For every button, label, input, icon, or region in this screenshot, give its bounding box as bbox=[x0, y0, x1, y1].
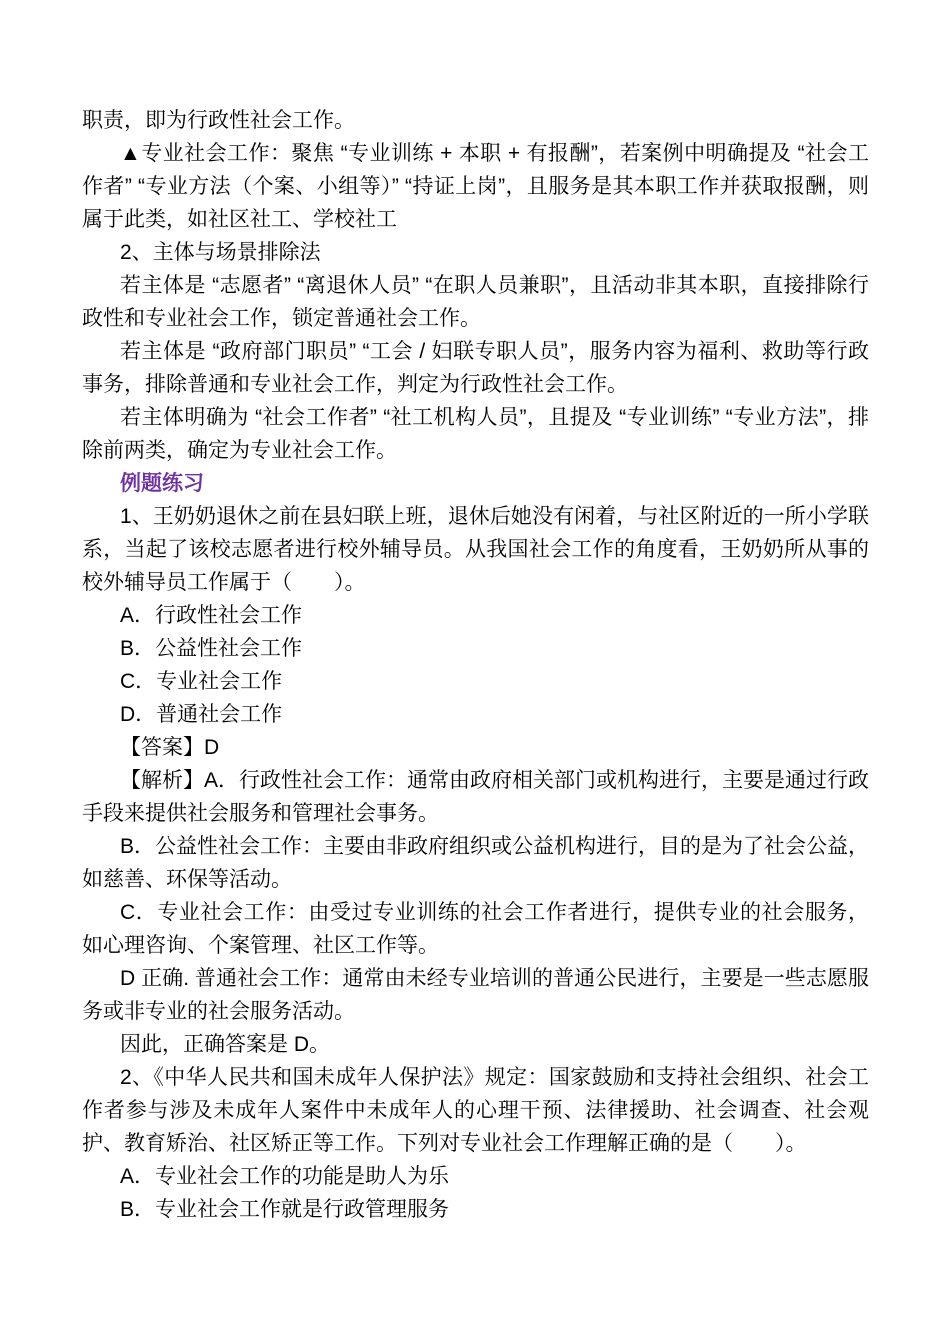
question-2-option-b: B．专业社会工作就是行政管理服务 bbox=[82, 1193, 869, 1226]
question-1-option-a: A．行政性社会工作 bbox=[82, 599, 869, 632]
question-1-analysis-c: C．专业社会工作：由受过专业训练的社会工作者进行，提供专业的社会服务，如心理咨询… bbox=[82, 896, 869, 962]
exclusion-method-title: 2、主体与场景排除法 bbox=[82, 236, 869, 269]
question-1-analysis-d: D 正确. 普通社会工作：通常由未经专业培训的普通公民进行，主要是一些志愿服务或… bbox=[82, 962, 869, 1028]
question-1-option-c: C．专业社会工作 bbox=[82, 665, 869, 698]
question-2-stem: 2、《中华人民共和国未成年人保护法》规定：国家鼓励和支持社会组织、社会工作者参与… bbox=[82, 1061, 869, 1160]
question-1-option-d: D．普通社会工作 bbox=[82, 698, 869, 731]
exclusion-rule-government: 若主体是 “政府部门职员” “工会 / 妇联专职人员”，服务内容为福利、救助等行… bbox=[82, 335, 869, 401]
practice-section-heading: 例题练习 bbox=[82, 467, 869, 500]
question-1-option-b: B．公益性社会工作 bbox=[82, 632, 869, 665]
question-2-option-a: A．专业社会工作的功能是助人为乐 bbox=[82, 1160, 869, 1193]
exclusion-rule-professional: 若主体明确为 “社会工作者” “社工机构人员”，且提及 “专业训练” “专业方法… bbox=[82, 401, 869, 467]
body-continuation-text: 职责，即为行政性社会工作。 bbox=[82, 104, 869, 137]
question-1-analysis-a: 【解析】A．行政性社会工作：通常由政府相关部门或机构进行，主要是通过行政手段来提… bbox=[82, 764, 869, 830]
question-1-stem: 1、王奶奶退休之前在县妇联上班，退休后她没有闲着，与社区附近的一所小学联系，当起… bbox=[82, 500, 869, 599]
exclusion-rule-volunteer: 若主体是 “志愿者” “离退休人员” “在职人员兼职”，且活动非其本职，直接排除… bbox=[82, 269, 869, 335]
question-1-answer: 【答案】D bbox=[82, 731, 869, 764]
question-1-analysis-b: B．公益性社会工作：主要由非政府组织或公益机构进行，目的是为了社会公益，如慈善、… bbox=[82, 830, 869, 896]
question-1-conclusion: 因此，正确答案是 D。 bbox=[82, 1028, 869, 1061]
professional-social-work-note: ▲专业社会工作：聚焦 “专业训练 + 本职 + 有报酬”，若案例中明确提及 “社… bbox=[82, 137, 869, 236]
document-page: 职责，即为行政性社会工作。 ▲专业社会工作：聚焦 “专业训练 + 本职 + 有报… bbox=[0, 0, 950, 1344]
